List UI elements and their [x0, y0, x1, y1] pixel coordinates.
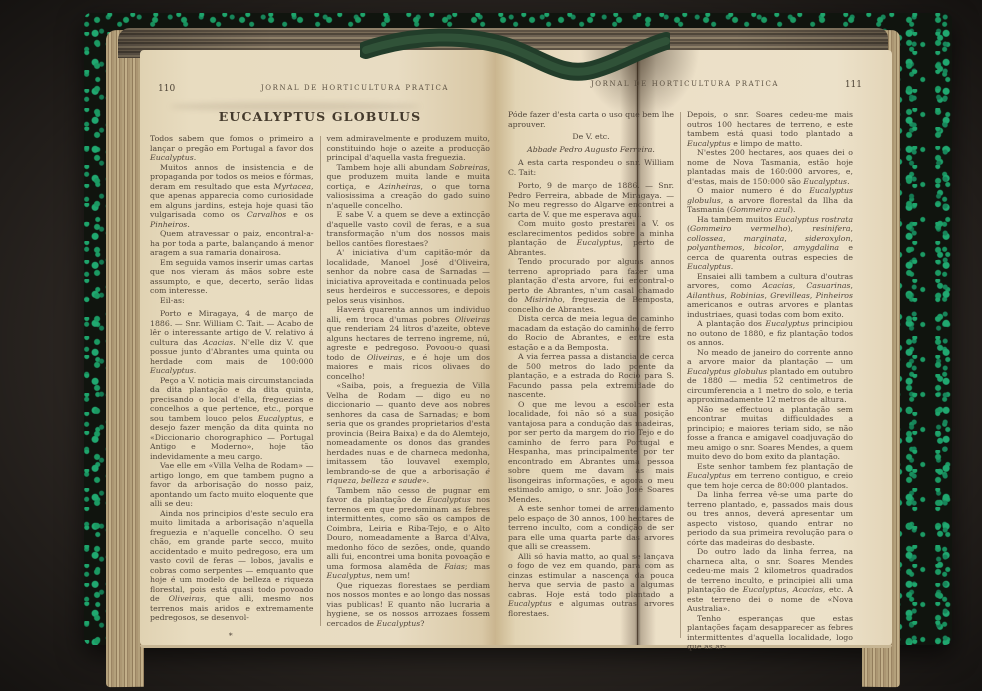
paragraph: Quem atravessar o paiz, encontral-a-ha p…	[150, 229, 314, 258]
paragraph: Alli só havia matto, ao qual se lançava …	[508, 552, 674, 619]
left-page-column-1: Todos sabem que fomos o primeiro a lança…	[150, 134, 314, 640]
paragraph: vem admiravelmente e produzem muito, con…	[326, 134, 490, 163]
paragraph: Dista cerca de meia legua de caminho mac…	[508, 314, 674, 352]
paragraph: A' iniciativa d'um capitão-mór da locali…	[326, 248, 490, 305]
paragraph: Tendo procurado por alguns annos terreno…	[508, 257, 674, 314]
paragraph: A plantação dos Eucalyptus principiou no…	[687, 319, 853, 348]
paragraph: Ha tambem muitos Eucalyptus rostrata (Go…	[687, 215, 853, 272]
left-page-column-2: vem admiravelmente e produzem muito, con…	[326, 134, 490, 640]
paragraph: De V. etc.	[508, 132, 674, 142]
paragraph: Com muito gosto prestarei a V. os esclar…	[508, 219, 674, 257]
paragraph: Abbade Pedro Augusto Ferreira.	[508, 145, 674, 155]
right-page-column-1: Póde fazer d'esta carta o uso que bem lh…	[508, 110, 674, 652]
column-rule	[680, 112, 681, 638]
paragraph: Eil-as:	[150, 296, 314, 306]
paragraph: *	[150, 631, 314, 641]
paragraph: A esta carta respondeu o snr. William C.…	[508, 158, 674, 177]
paragraph: A este senhor tomei de arrendamento pelo…	[508, 504, 674, 552]
left-page-header: 110 JORNAL DE HORTICULTURA PRATICA	[150, 84, 490, 98]
paragraph: No meado de janeiro do corrente anno a a…	[687, 348, 853, 405]
paragraph: Porto, 9 de março de 1886. — Snr. Pedro …	[508, 181, 674, 219]
paragraph: Que riquezas florestaes se perdiam nos n…	[326, 581, 490, 629]
paragraph: Em seguida vamos inserir umas cartas que…	[150, 258, 314, 296]
paragraph: Peço a V. noticia mais circumstanciada d…	[150, 376, 314, 462]
paragraph: Tambem não cesso de pugnar em favor da p…	[326, 486, 490, 581]
paragraph: O maior numero é do Eucalyptus globulus,…	[687, 186, 853, 215]
right-page-column-2: Depois, o snr. Soares cedeu-me mais outr…	[687, 110, 853, 652]
paragraph: Porto e Miragaya, 4 de março de 1886. — …	[150, 309, 314, 376]
column-rule	[320, 136, 321, 626]
left-page-print: 110 JORNAL DE HORTICULTURA PRATICA EUCAL…	[150, 84, 490, 640]
paragraph: Vae elle em «Villa Velha de Rodam» — art…	[150, 461, 314, 509]
page-stack-edge-left	[106, 30, 144, 687]
article-title: EUCALYPTUS GLOBULUS	[150, 109, 490, 124]
paragraph: Haverá quarenta annos um individuo alli,…	[326, 305, 490, 381]
paragraph: Este senhor tambem fez plantação de Euca…	[687, 462, 853, 491]
paragraph: E sabe V. a quem se deve a extincção d'a…	[326, 210, 490, 248]
paragraph: N'estes 200 hectares, aos quaes dei o no…	[687, 148, 853, 186]
paragraph: A via ferrea passa a distancia de cerca …	[508, 352, 674, 400]
paragraph: «Saiba, pois, a freguezia de Villa Velha…	[326, 381, 490, 486]
paragraph: Muitos annos de insistencia e de propaga…	[150, 163, 314, 230]
paragraph: Tambem hoje alli abundam Sobreiras, que …	[326, 163, 490, 211]
page-number: 110	[158, 84, 175, 94]
paragraph: Do outro lado da linha ferrea, na charne…	[687, 547, 853, 614]
paragraph: O que me levou a escolher esta localidad…	[508, 400, 674, 505]
paragraph: Todos sabem que fomos o primeiro a lança…	[150, 134, 314, 163]
paragraph: Tenho esperanças que estas plantações fa…	[687, 614, 853, 652]
paragraph: Póde fazer d'esta carta o uso que bem lh…	[508, 110, 674, 129]
right-page-print: JORNAL DE HORTICULTURA PRATICA 111 Póde …	[508, 80, 862, 652]
page-number: 111	[845, 80, 862, 90]
running-head: JORNAL DE HORTICULTURA PRATICA	[210, 84, 500, 92]
paragraph: Depois, o snr. Soares cedeu-me mais outr…	[687, 110, 853, 148]
paragraph: Não se effectuou a plantação sem encontr…	[687, 405, 853, 462]
paragraph: Da linha ferrea vê-se uma parte do terre…	[687, 490, 853, 547]
right-page-header: JORNAL DE HORTICULTURA PRATICA 111	[508, 80, 862, 94]
paragraph: Ensaiei alli tambem a cultura d'outras a…	[687, 272, 853, 320]
paragraph: Ainda nos principios d'este seculo era m…	[150, 509, 314, 623]
running-head: JORNAL DE HORTICULTURA PRATICA	[508, 80, 862, 88]
